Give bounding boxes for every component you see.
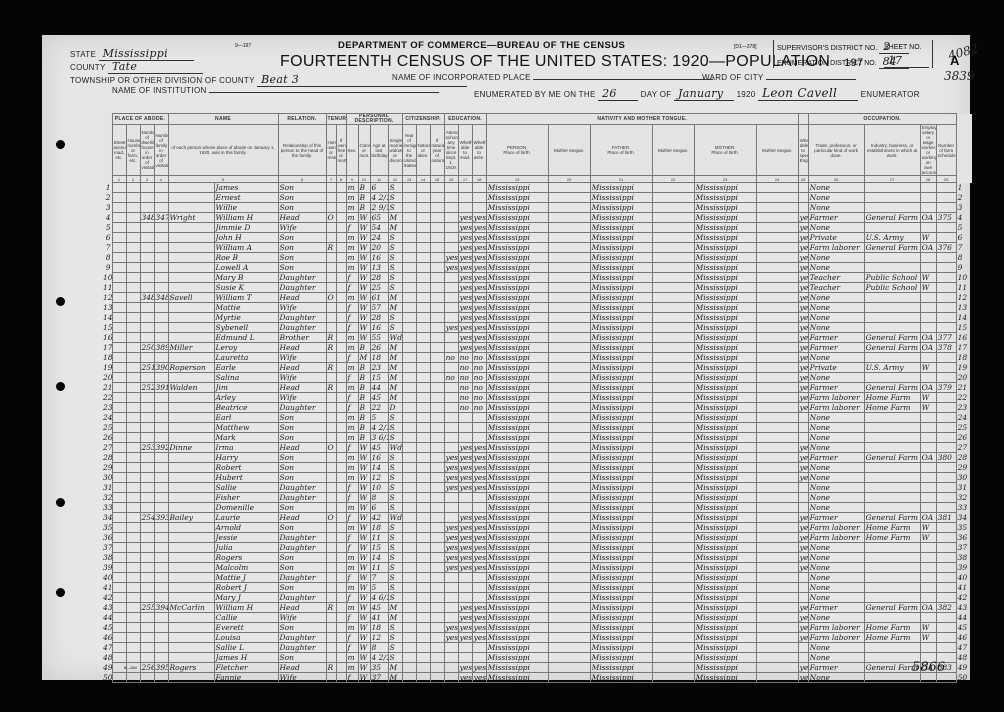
cell-own — [326, 403, 336, 413]
cell-rd — [458, 643, 472, 653]
cell-empty — [756, 553, 798, 563]
cell-code: 375 — [936, 213, 956, 223]
cell-ind: General Farm — [864, 343, 920, 353]
cell-mar: S — [388, 193, 402, 203]
cell-mbp: Mississippi — [694, 273, 756, 283]
cell-cls — [920, 563, 936, 573]
cell-rel: Son — [278, 523, 326, 533]
cell-bp: Mississippi — [486, 243, 548, 253]
cell-sex: m — [346, 363, 358, 373]
cell-empty — [756, 603, 798, 613]
cell-sex: f — [346, 393, 358, 403]
cell-empty — [652, 673, 694, 683]
cell-mbp: Mississippi — [694, 393, 756, 403]
cell-given: Fletcher — [214, 663, 278, 673]
cell-own — [326, 203, 336, 213]
cell-wr: no — [472, 373, 486, 383]
line-number-right: 35 — [956, 523, 972, 533]
cell-occ: Farmer — [808, 383, 864, 393]
cell-mbp: Mississippi — [694, 263, 756, 273]
line-number: 45 — [102, 623, 112, 633]
cell-own — [326, 453, 336, 463]
line-number-right: 2 — [956, 193, 972, 203]
cell-wr: yes — [472, 293, 486, 303]
cell-rel: Son — [278, 183, 326, 193]
line-number-right: 46 — [956, 633, 972, 643]
cell-own — [326, 373, 336, 383]
cell-empty — [112, 183, 126, 193]
cell-sch — [444, 573, 458, 583]
cell-empty — [126, 293, 140, 303]
cell-fam: 393 — [154, 513, 168, 523]
line-number-right: 26 — [956, 433, 972, 443]
cell-race: B — [358, 393, 370, 403]
cell-empty — [430, 493, 444, 503]
cell-empty — [112, 653, 126, 663]
cell-age: 4 6/12 — [370, 593, 388, 603]
cell-empty — [548, 483, 590, 493]
cell-dw — [140, 183, 154, 193]
cell-given: Salina — [214, 373, 278, 383]
cell-occ: None — [808, 293, 864, 303]
line-number: 46 — [102, 633, 112, 643]
cell-mar: M — [388, 603, 402, 613]
line-number-right: 8 — [956, 253, 972, 263]
cell-dw — [140, 563, 154, 573]
cell-sex: m — [346, 203, 358, 213]
county-line: County Tate — [70, 60, 203, 74]
cell-mar: S — [388, 453, 402, 463]
cell-empty — [430, 543, 444, 553]
cell-code — [936, 393, 956, 403]
table-row: 50FannieWifefW37MyesyesMississippiMissis… — [102, 673, 972, 683]
cell-age: 14 — [370, 463, 388, 473]
cell-fam — [154, 403, 168, 413]
cell-mbp: Mississippi — [694, 553, 756, 563]
cell-fam — [154, 503, 168, 513]
cell-wr: yes — [472, 553, 486, 563]
cell-fam — [154, 643, 168, 653]
cell-fam — [154, 373, 168, 383]
cell-empty — [336, 283, 346, 293]
cell-wr — [472, 203, 486, 213]
cell-eng — [798, 493, 808, 503]
cell-empty — [548, 583, 590, 593]
cell-empty — [756, 613, 798, 623]
cell-empty — [336, 633, 346, 643]
column-number: 14 — [416, 176, 430, 183]
cell-empty — [112, 373, 126, 383]
cell-surname: Miller — [168, 343, 214, 353]
line-number: 48 — [102, 653, 112, 663]
line-number: 6 — [102, 233, 112, 243]
cell-given: Julia — [214, 543, 278, 553]
cell-rd — [458, 203, 472, 213]
cell-rel: Daughter — [278, 323, 326, 333]
cell-eng — [798, 423, 808, 433]
cell-fbp: Mississippi — [590, 463, 652, 473]
cell-mar: S — [388, 583, 402, 593]
cell-empty — [416, 483, 430, 493]
cell-ind: U.S. Army — [864, 233, 920, 243]
cell-fbp: Mississippi — [590, 193, 652, 203]
cell-empty — [126, 343, 140, 353]
cell-empty — [126, 333, 140, 343]
cell-empty — [402, 613, 416, 623]
line-number-right: 18 — [956, 353, 972, 363]
cell-cls: OA — [920, 383, 936, 393]
cell-empty — [652, 473, 694, 483]
cell-bp: Mississippi — [486, 673, 548, 683]
cell-mar: S — [388, 183, 402, 193]
cell-empty — [402, 573, 416, 583]
cell-empty — [402, 483, 416, 493]
cell-fbp: Mississippi — [590, 273, 652, 283]
cell-empty — [126, 573, 140, 583]
cell-empty — [336, 583, 346, 593]
cell-sch — [444, 593, 458, 603]
cell-sex: f — [346, 223, 358, 233]
cell-empty — [430, 223, 444, 233]
cell-race: W — [358, 623, 370, 633]
cell-given: Lauretta — [214, 353, 278, 363]
cell-empty — [652, 353, 694, 363]
cell-mar: S — [388, 533, 402, 543]
cell-fam — [154, 583, 168, 593]
cell-empty — [430, 483, 444, 493]
cell-rd — [458, 653, 472, 663]
cell-mar: S — [388, 573, 402, 583]
cell-mar: S — [388, 493, 402, 503]
cell-fam — [154, 423, 168, 433]
cell-empty — [402, 263, 416, 273]
cell-eng: yes — [798, 393, 808, 403]
cell-empty — [126, 373, 140, 383]
census-table: PLACE OF ABODE. NAME RELATION. TENURE. P… — [102, 113, 972, 683]
cell-sex: m — [346, 453, 358, 463]
cell-surname — [168, 553, 214, 563]
cell-rd: no — [458, 353, 472, 363]
cell-occ: Private — [808, 233, 864, 243]
cell-fbp: Mississippi — [590, 213, 652, 223]
cell-rel: Head — [278, 603, 326, 613]
cell-ind — [864, 223, 920, 233]
column-number: 25 — [798, 176, 808, 183]
cell-ind — [864, 303, 920, 313]
cell-cls — [920, 193, 936, 203]
cell-fam — [154, 623, 168, 633]
cell-age: 16 — [370, 253, 388, 263]
cell-dw — [140, 303, 154, 313]
cell-given: Susie K — [214, 283, 278, 293]
cell-empty — [126, 463, 140, 473]
cell-mar: S — [388, 633, 402, 643]
cell-empty — [336, 533, 346, 543]
cell-rd — [458, 573, 472, 583]
cell-empty — [416, 273, 430, 283]
table-row: 44CallieWifefW41MyesyesMississippiMissis… — [102, 613, 972, 623]
line-number-right: 25 — [956, 423, 972, 433]
cell-empty — [402, 663, 416, 673]
cell-sch — [444, 493, 458, 503]
cell-mbp: Mississippi — [694, 213, 756, 223]
cell-mar: M — [388, 673, 402, 683]
cell-fbp: Mississippi — [590, 383, 652, 393]
cell-empty — [416, 413, 430, 423]
cell-mar: S — [388, 503, 402, 513]
cell-code: 377 — [936, 333, 956, 343]
cell-eng: yes — [798, 323, 808, 333]
cell-empty — [652, 283, 694, 293]
cell-empty — [336, 463, 346, 473]
cell-mbp: Mississippi — [694, 443, 756, 453]
line-number: 23 — [102, 403, 112, 413]
cell-ind: Home Farm — [864, 393, 920, 403]
line-number: 40 — [102, 573, 112, 583]
table-row: 24EarlSonmB5SMississippiMississippiMissi… — [102, 413, 972, 423]
cell-cls: W — [920, 233, 936, 243]
cell-fam — [154, 263, 168, 273]
cell-sex: m — [346, 433, 358, 443]
line-number: 30 — [102, 473, 112, 483]
cell-age: 6 — [370, 183, 388, 193]
column-number: 22 — [652, 176, 694, 183]
line-number-right: 22 — [956, 393, 972, 403]
cell-occ: None — [808, 493, 864, 503]
cell-surname — [168, 263, 214, 273]
cell-code — [936, 643, 956, 653]
table-row: 46LouisaDaughterfW12SyesyesyesMississipp… — [102, 633, 972, 643]
cell-empty — [548, 293, 590, 303]
cell-code — [936, 293, 956, 303]
cell-mar: S — [388, 463, 402, 473]
cell-sex: f — [346, 283, 358, 293]
cell-bp: Mississippi — [486, 333, 548, 343]
cell-rel: Daughter — [278, 493, 326, 503]
line-number: 33 — [102, 503, 112, 513]
cell-sch — [444, 193, 458, 203]
cell-own — [326, 193, 336, 203]
cell-empty — [430, 673, 444, 683]
cell-dw — [140, 253, 154, 263]
cell-code — [936, 553, 956, 563]
cell-mar: S — [388, 243, 402, 253]
cell-sch — [444, 333, 458, 343]
cell-ind — [864, 423, 920, 433]
cell-mbp: Mississippi — [694, 233, 756, 243]
cell-own: R — [326, 383, 336, 393]
cell-empty — [548, 193, 590, 203]
column-number: 3 — [140, 176, 154, 183]
cell-fbp: Mississippi — [590, 373, 652, 383]
cell-fam: 394 — [154, 603, 168, 613]
cell-occ: Farm laborer — [808, 633, 864, 643]
cell-empty — [126, 443, 140, 453]
cell-sch — [444, 273, 458, 283]
cell-empty — [112, 573, 126, 583]
cell-mar: S — [388, 273, 402, 283]
cell-empty — [652, 273, 694, 283]
cell-cls — [920, 543, 936, 553]
cell-fam — [154, 303, 168, 313]
cell-empty — [756, 193, 798, 203]
cell-age: 10 — [370, 483, 388, 493]
cell-empty — [112, 353, 126, 363]
cell-empty — [430, 603, 444, 613]
cell-empty — [336, 293, 346, 303]
cell-dw — [140, 433, 154, 443]
cell-rel: Daughter — [278, 313, 326, 323]
cell-mar: M — [388, 213, 402, 223]
cell-code — [936, 533, 956, 543]
cell-race: W — [358, 533, 370, 543]
cell-sch: yes — [444, 253, 458, 263]
cell-bp: Mississippi — [486, 603, 548, 613]
table-row: 49256395RogersFletcherHeadRmW35MyesyesMi… — [102, 663, 972, 673]
line-number-right: 33 — [956, 503, 972, 513]
cell-surname: Wright — [168, 213, 214, 223]
cell-own — [326, 283, 336, 293]
cell-sch — [444, 213, 458, 223]
cell-empty — [548, 423, 590, 433]
cell-eng: yes — [798, 333, 808, 343]
cell-empty — [416, 323, 430, 333]
cell-bp: Mississippi — [486, 303, 548, 313]
column-number: 17 — [458, 176, 472, 183]
cell-fam — [154, 633, 168, 643]
column-number: 5 — [168, 176, 278, 183]
cell-mar: S — [388, 433, 402, 443]
cell-empty — [756, 423, 798, 433]
cell-eng — [798, 183, 808, 193]
cell-empty — [548, 443, 590, 453]
cell-given: Earl — [214, 413, 278, 423]
cell-empty — [756, 333, 798, 343]
cell-race: W — [358, 483, 370, 493]
cell-dw — [140, 423, 154, 433]
cell-empty — [652, 663, 694, 673]
cell-empty — [416, 313, 430, 323]
cell-age: 13 — [370, 263, 388, 273]
cell-empty — [126, 193, 140, 203]
cell-sex: m — [346, 253, 358, 263]
cell-empty — [112, 213, 126, 223]
cell-age: 15 — [370, 373, 388, 383]
cell-code — [936, 543, 956, 553]
cell-empty — [756, 343, 798, 353]
cell-ind — [864, 563, 920, 573]
cell-empty — [548, 213, 590, 223]
cell-surname — [168, 353, 214, 363]
cell-eng: yes — [798, 473, 808, 483]
cell-ind: Home Farm — [864, 523, 920, 533]
cell-wr: yes — [472, 273, 486, 283]
cell-empty — [652, 363, 694, 373]
cell-ind — [864, 583, 920, 593]
cell-eng: yes — [798, 673, 808, 683]
line-number: 29 — [102, 463, 112, 473]
column-number: 1 — [112, 176, 126, 183]
cell-mbp: Mississippi — [694, 623, 756, 633]
cell-eng: yes — [798, 363, 808, 373]
cell-occ: None — [808, 613, 864, 623]
cell-code — [936, 443, 956, 453]
cell-empty — [416, 423, 430, 433]
cell-fbp: Mississippi — [590, 613, 652, 623]
cell-empty — [126, 233, 140, 243]
cell-empty — [652, 213, 694, 223]
cell-bp: Mississippi — [486, 253, 548, 263]
cell-own — [326, 233, 336, 243]
cell-cls: W — [920, 403, 936, 413]
cell-sex: f — [346, 533, 358, 543]
cell-surname — [168, 333, 214, 343]
cell-rel: Head — [278, 293, 326, 303]
cell-bp: Mississippi — [486, 663, 548, 673]
cell-sch: yes — [444, 463, 458, 473]
column-number: 6 — [278, 176, 326, 183]
line-number-right: 36 — [956, 533, 972, 543]
cell-sex: f — [346, 643, 358, 653]
cell-ind — [864, 593, 920, 603]
cell-empty — [416, 243, 430, 253]
cell-age: 6 — [370, 503, 388, 513]
cell-empty — [652, 333, 694, 343]
column-number: 19 — [486, 176, 548, 183]
cell-rel: Son — [278, 423, 326, 433]
cell-empty — [112, 343, 126, 353]
cell-race: W — [358, 613, 370, 623]
cell-code — [936, 313, 956, 323]
cell-sex: f — [346, 613, 358, 623]
cell-empty — [430, 653, 444, 663]
cell-rel: Head — [278, 343, 326, 353]
cell-cls: W — [920, 633, 936, 643]
cell-cls: W — [920, 273, 936, 283]
cell-eng: yes — [798, 533, 808, 543]
cell-sch — [444, 303, 458, 313]
cell-empty — [416, 283, 430, 293]
cell-empty — [402, 633, 416, 643]
cell-empty — [336, 523, 346, 533]
cell-sch — [444, 583, 458, 593]
cell-empty — [548, 243, 590, 253]
cell-empty — [430, 183, 444, 193]
cell-ind — [864, 463, 920, 473]
cell-empty — [416, 623, 430, 633]
cell-sex: m — [346, 473, 358, 483]
cell-sch — [444, 653, 458, 663]
cell-sch — [444, 423, 458, 433]
cell-empty — [126, 243, 140, 253]
cell-mbp: Mississippi — [694, 593, 756, 603]
cell-wr — [472, 573, 486, 583]
table-row: 12348348SavellWilliam THeadOmW61MyesyesM… — [102, 293, 972, 303]
cell-fbp: Mississippi — [590, 423, 652, 433]
cell-empty — [756, 453, 798, 463]
table-row: 28HarrySonmW16SyesyesyesMississippiMissi… — [102, 453, 972, 463]
cell-sex: m — [346, 343, 358, 353]
cell-race: B — [358, 423, 370, 433]
cell-ind — [864, 263, 920, 273]
table-row: 38RogersSonmW14SyesyesyesMississippiMiss… — [102, 553, 972, 563]
cell-empty — [402, 593, 416, 603]
census-sheet: State Mississippi County Tate Township o… — [42, 35, 970, 680]
cell-code — [936, 283, 956, 293]
cell-empty — [416, 223, 430, 233]
cell-empty — [652, 513, 694, 523]
cell-rd: yes — [458, 603, 472, 613]
